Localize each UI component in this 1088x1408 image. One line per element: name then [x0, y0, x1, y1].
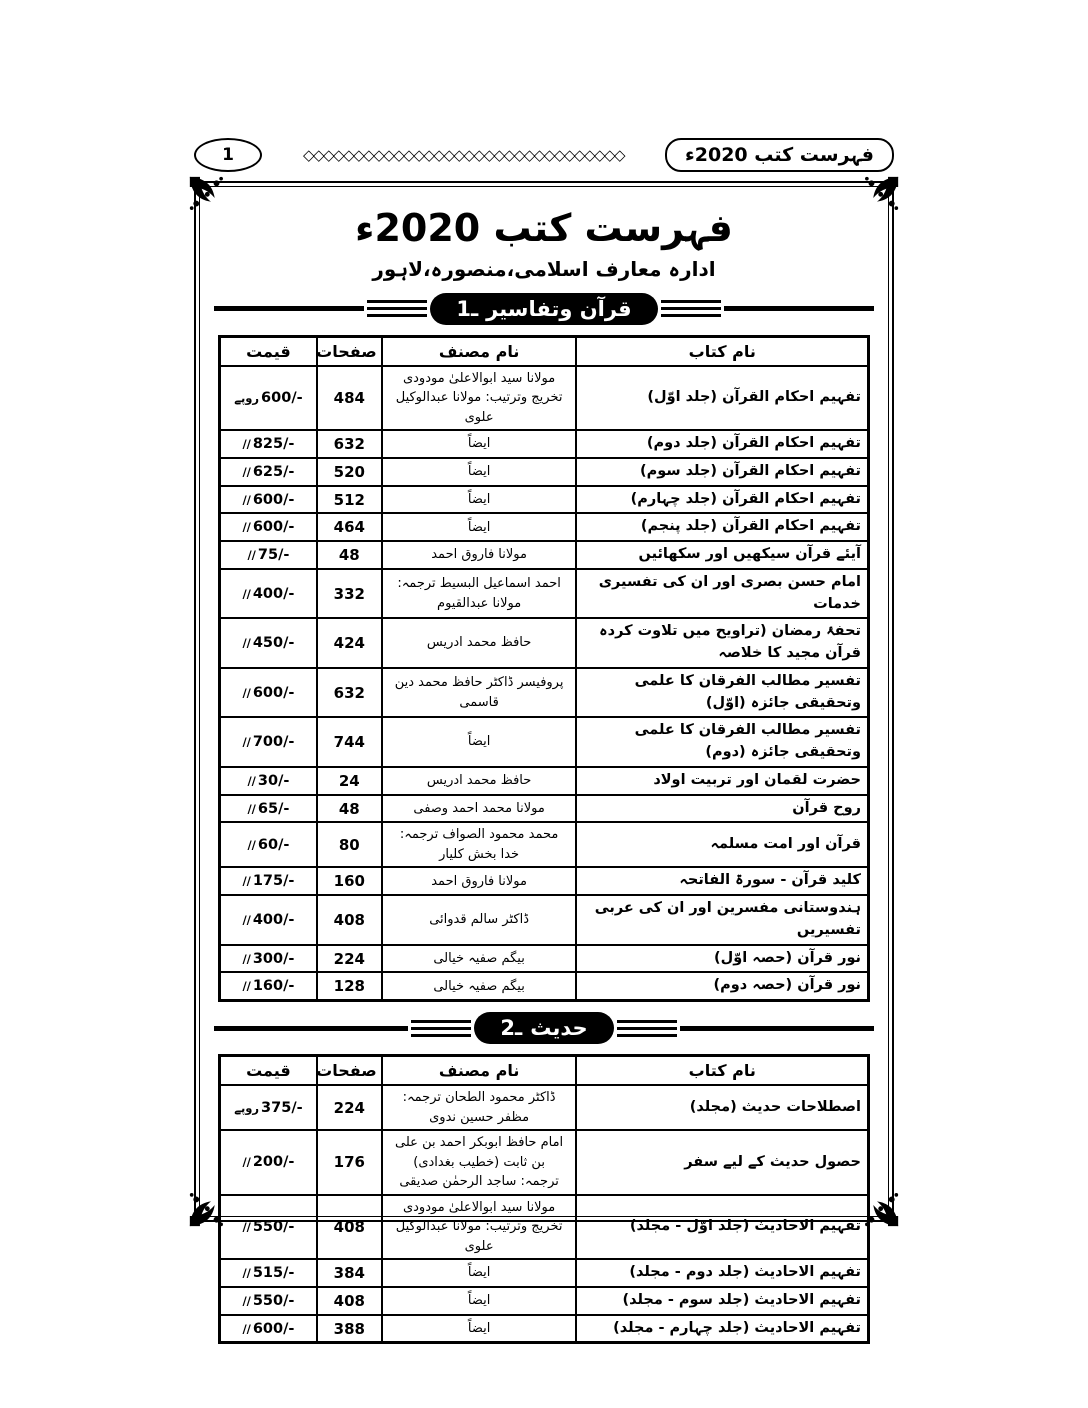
price-amount: 550/- [253, 1293, 295, 1309]
author-name: ایضاً [382, 1315, 577, 1343]
page-count: 176 [317, 1130, 382, 1195]
book-name: تفہیم الاحادیث (جلد اوّل - مجلد) [576, 1195, 868, 1260]
table-row: تفہیم الاحادیث (جلد دوم - مجلد)ایضاً384/… [220, 1259, 869, 1287]
ditto-mark: // [242, 636, 250, 650]
table-row: ہندوستانی مفسرین اور ان کی عربی تفسیریںڈ… [220, 895, 869, 945]
col-price: قیمت [220, 336, 317, 366]
table-row: تفہیم الاحادیث (جلد چہارم - مجلد)ایضاً38… [220, 1315, 869, 1343]
author-name: ڈاکٹر سالم قدوائی [382, 895, 577, 945]
ditto-mark: // [247, 774, 255, 788]
author-name: مولانا فاروق احمد [382, 867, 577, 895]
page-count: 744 [317, 717, 382, 767]
table-row: تفہیم الاحادیث (جلد اوّل - مجلد)مولانا س… [220, 1195, 869, 1260]
rule-line [724, 306, 874, 311]
diamond-chain-ornament: ◇◇◇◇◇◇◇◇◇◇◇◇◇◇◇◇◇◇◇◇◇◇◇◇◇◇◇◇◇◇◇◇ [268, 138, 659, 172]
book-name: اصطلاحات حدیث (مجلد) [576, 1085, 868, 1130]
price: //600/- [220, 486, 317, 514]
ditto-mark: // [247, 838, 255, 852]
section-title: قرآن وتفاسیر [486, 297, 631, 321]
price: //65/- [220, 795, 317, 823]
table-row: حضرت لقمان اور تربیت اولادحافظ محمد ادری… [220, 767, 869, 795]
author-name: ایضاً [382, 430, 577, 458]
price-amount: 65/- [258, 801, 290, 817]
table-row: تفہیم الاحادیث (جلد سوم - مجلد)ایضاً408/… [220, 1287, 869, 1315]
author-name: ڈاکٹر محمود الطحان ترجمہ: مظفر حسین ندوی [382, 1085, 577, 1130]
price-amount: 700/- [253, 734, 295, 750]
table-row: قرآن اور امت مسلمہمحمد محمود الصواف ترجم… [220, 822, 869, 867]
author-name: احمد اسماعیل البسیط ترجمہ: مولانا عبدالق… [382, 569, 577, 619]
book-name: تفہیم احکام القرآن (جلد پنجم) [576, 513, 868, 541]
book-name: روح قرآن [576, 795, 868, 823]
price-amount: 400/- [253, 586, 295, 602]
author-name: حافظ محمد ادریس [382, 767, 577, 795]
price-amount: 160/- [253, 978, 295, 994]
section-number: 2ـ [500, 1016, 522, 1040]
section-number: 1ـ [456, 297, 478, 321]
triple-rule [617, 1020, 677, 1037]
book-name: نور قرآن (حصہ اوّل) [576, 945, 868, 973]
running-head: 1 ◇◇◇◇◇◇◇◇◇◇◇◇◇◇◇◇◇◇◇◇◇◇◇◇◇◇◇◇◇◇◇◇ فہرست… [194, 137, 894, 173]
triple-rule [661, 300, 721, 317]
page-count: 48 [317, 795, 382, 823]
table-row: نور قرآن (حصہ دوم)بیگم صفیہ خیالی128//16… [220, 972, 869, 1000]
price-amount: 30/- [258, 773, 290, 789]
price-amount: 300/- [253, 951, 295, 967]
booklet-title-badge: فہرست کتب 2020ء [665, 138, 894, 172]
col-book: نام کتاب [576, 336, 868, 366]
price: //300/- [220, 945, 317, 973]
table-header-row: نام کتاب نام مصنف صفحات قیمت [220, 1056, 869, 1086]
table-row: تفہیم احکام القرآن (جلد پنجم)ایضاً464//6… [220, 513, 869, 541]
section-pill: 1ـ قرآن وتفاسیر [430, 293, 657, 325]
book-name: تفسیر مطالب الفرقان کا علمی وتحقیقی جائز… [576, 668, 868, 718]
price-amount: 825/- [253, 436, 295, 452]
price: //550/- [220, 1287, 317, 1315]
table-row: روح قرآنمولانا محمد احمد وصفی48//65/- [220, 795, 869, 823]
price-amount: 400/- [253, 912, 295, 928]
price-amount: 600/- [261, 390, 303, 406]
page-count: 388 [317, 1315, 382, 1343]
page-frame: فہرست کتب 2020ء ادارہ معارف اسلامی،منصور… [194, 181, 894, 1222]
page-count: 128 [317, 972, 382, 1000]
col-author: نام مصنف [382, 336, 577, 366]
author-name: مولانا سید ابوالاعلیٰ مودودیتخریج وترتیب… [382, 366, 577, 431]
price: روپے375/- [220, 1085, 317, 1130]
col-author: نام مصنف [382, 1056, 577, 1086]
ditto-mark: // [242, 1220, 250, 1234]
price: //30/- [220, 767, 317, 795]
book-name: آیئے قرآن سیکھیں اور سکھائیں [576, 541, 868, 569]
price: //550/- [220, 1195, 317, 1260]
rule-line [680, 1026, 874, 1031]
page-count: 632 [317, 430, 382, 458]
ditto-mark: // [247, 548, 255, 562]
ditto-mark: // [242, 437, 250, 451]
page-count: 24 [317, 767, 382, 795]
price-amount: 515/- [253, 1265, 295, 1281]
page-count: 424 [317, 618, 382, 668]
author-name: امام حافظ ابوبکر احمد بن علی بن ثابت (خط… [382, 1130, 577, 1195]
book-name: تفہیم احکام القرآن (جلد اوّل) [576, 366, 868, 431]
price: //700/- [220, 717, 317, 767]
rule-line [214, 1026, 408, 1031]
table-row: امام حسن بصری اور ان کی تفسیری خدماتاحمد… [220, 569, 869, 619]
table-row: تفہیم احکام القرآن (جلد اوّل)مولانا سید … [220, 366, 869, 431]
ditto-mark: // [242, 1266, 250, 1280]
page-count: 408 [317, 895, 382, 945]
ditto-mark: // [242, 520, 250, 534]
book-name: تفہیم احکام القرآن (جلد سوم) [576, 458, 868, 486]
price: //75/- [220, 541, 317, 569]
ditto-mark: // [242, 587, 250, 601]
price-amount: 75/- [258, 547, 290, 563]
page-count: 224 [317, 945, 382, 973]
author-name: ایضاً [382, 717, 577, 767]
page-title: فہرست کتب 2020ء [212, 207, 876, 251]
price: //825/- [220, 430, 317, 458]
page-count: 160 [317, 867, 382, 895]
table-row: نور قرآن (حصہ اوّل)بیگم صفیہ خیالی224//3… [220, 945, 869, 973]
book-name: تفہیم احکام القرآن (جلد دوم) [576, 430, 868, 458]
book-name: نور قرآن (حصہ دوم) [576, 972, 868, 1000]
ditto-mark: // [242, 686, 250, 700]
table-row: اصطلاحات حدیث (مجلد)ڈاکٹر محمود الطحان ت… [220, 1085, 869, 1130]
col-book: نام کتاب [576, 1056, 868, 1086]
page-count: 384 [317, 1259, 382, 1287]
ditto-mark: // [242, 1155, 250, 1169]
book-name: تحفۂ رمضان (تراویح میں تلاوت کردہ قرآن م… [576, 618, 868, 668]
page-number-badge: 1 [194, 138, 262, 172]
section-pill: 2ـ حدیث [474, 1012, 613, 1044]
book-name: تفہیم احکام القرآن (جلد چہارم) [576, 486, 868, 514]
section-title: حدیث [530, 1016, 587, 1040]
price-amount: 375/- [261, 1100, 303, 1116]
author-name: ایضاً [382, 1287, 577, 1315]
price: //600/- [220, 1315, 317, 1343]
ditto-mark: // [242, 952, 250, 966]
price-amount: 450/- [253, 635, 295, 651]
author-name: ایضاً [382, 458, 577, 486]
table-row: تفسیر مطالب الفرقان کا علمی وتحقیقی جائز… [220, 717, 869, 767]
author-name: مولانا فاروق احمد [382, 541, 577, 569]
table-row: آیئے قرآن سیکھیں اور سکھائیںمولانا فاروق… [220, 541, 869, 569]
ditto-mark: // [242, 493, 250, 507]
page-count: 332 [317, 569, 382, 619]
page-count: 224 [317, 1085, 382, 1130]
price: //600/- [220, 668, 317, 718]
price: //600/- [220, 513, 317, 541]
price: //625/- [220, 458, 317, 486]
price-amount: 625/- [253, 464, 295, 480]
table-row: تفہیم احکام القرآن (جلد سوم)ایضاً520//62… [220, 458, 869, 486]
section-heading-1: 1ـ قرآن وتفاسیر [214, 293, 874, 325]
table-row: کلید قرآن - سورۃ الفاتحہمولانا فاروق احم… [220, 867, 869, 895]
book-name: حضرت لقمان اور تربیت اولاد [576, 767, 868, 795]
triple-rule [411, 1020, 471, 1037]
author-name: حافظ محمد ادریس [382, 618, 577, 668]
price-amount: 600/- [253, 519, 295, 535]
price-amount: 200/- [253, 1154, 295, 1170]
price-amount: 60/- [258, 837, 290, 853]
triple-rule [367, 300, 427, 317]
book-name: تفہیم الاحادیث (جلد دوم - مجلد) [576, 1259, 868, 1287]
book-name: حصول حدیث کے لیے سفر [576, 1130, 868, 1195]
ditto-mark: // [242, 465, 250, 479]
page-content: فہرست کتب 2020ء ادارہ معارف اسلامی،منصور… [199, 186, 889, 1217]
ditto-mark: // [242, 1322, 250, 1336]
ditto-mark: // [242, 979, 250, 993]
page-count: 632 [317, 668, 382, 718]
page-count: 80 [317, 822, 382, 867]
page-count: 408 [317, 1287, 382, 1315]
ditto-mark: // [247, 802, 255, 816]
page-count: 464 [317, 513, 382, 541]
book-name: تفہیم الاحادیث (جلد سوم - مجلد) [576, 1287, 868, 1315]
ditto-mark: // [242, 735, 250, 749]
price-amount: 600/- [253, 492, 295, 508]
page-count: 512 [317, 486, 382, 514]
ditto-mark: // [242, 874, 250, 888]
col-pages: صفحات [317, 336, 382, 366]
currency-unit: روپے [234, 391, 259, 405]
catalog-table-quran: نام کتاب نام مصنف صفحات قیمت تفہیم احکام… [218, 335, 870, 1003]
book-name: تفسیر مطالب الفرقان کا علمی وتحقیقی جائز… [576, 717, 868, 767]
catalog-table-hadith: نام کتاب نام مصنف صفحات قیمت اصطلاحات حد… [218, 1054, 870, 1344]
price: //60/- [220, 822, 317, 867]
currency-unit: روپے [234, 1101, 259, 1115]
book-name: امام حسن بصری اور ان کی تفسیری خدمات [576, 569, 868, 619]
author-name: مولانا سید ابوالاعلیٰ مودودیتخریج وترتیب… [382, 1195, 577, 1260]
author-name: پروفیسر ڈاکٹر حافظ محمد دین قاسمی [382, 668, 577, 718]
author-name: محمد محمود الصواف ترجمہ: خدا بخش کلیار [382, 822, 577, 867]
table-row: تحفۂ رمضان (تراویح میں تلاوت کردہ قرآن م… [220, 618, 869, 668]
table-row: تفہیم احکام القرآن (جلد چہارم)ایضاً512//… [220, 486, 869, 514]
price-amount: 600/- [253, 1321, 295, 1337]
price: //175/- [220, 867, 317, 895]
book-name: قرآن اور امت مسلمہ [576, 822, 868, 867]
author-name: بیگم صفیہ خیالی [382, 945, 577, 973]
author-name: ایضاً [382, 1259, 577, 1287]
page-subtitle: ادارہ معارف اسلامی،منصورہ،لاہور [212, 257, 876, 281]
book-name: کلید قرآن - سورۃ الفاتحہ [576, 867, 868, 895]
price: //160/- [220, 972, 317, 1000]
book-name: ہندوستانی مفسرین اور ان کی عربی تفسیریں [576, 895, 868, 945]
ditto-mark: // [242, 1294, 250, 1308]
price: //200/- [220, 1130, 317, 1195]
table-header-row: نام کتاب نام مصنف صفحات قیمت [220, 336, 869, 366]
price: //400/- [220, 569, 317, 619]
author-name: بیگم صفیہ خیالی [382, 972, 577, 1000]
rule-line [214, 306, 364, 311]
page-count: 484 [317, 366, 382, 431]
booklet-title: فہرست کتب 2020ء [685, 144, 874, 166]
table-row: تفہیم احکام القرآن (جلد دوم)ایضاً632//82… [220, 430, 869, 458]
price-amount: 175/- [253, 873, 295, 889]
page-number: 1 [222, 145, 234, 165]
price: //515/- [220, 1259, 317, 1287]
book-name: تفہیم الاحادیث (جلد چہارم - مجلد) [576, 1315, 868, 1343]
col-price: قیمت [220, 1056, 317, 1086]
page-count: 520 [317, 458, 382, 486]
ditto-mark: // [242, 913, 250, 927]
author-name: مولانا محمد احمد وصفی [382, 795, 577, 823]
section-heading-2: 2ـ حدیث [214, 1012, 874, 1044]
col-pages: صفحات [317, 1056, 382, 1086]
page-count: 48 [317, 541, 382, 569]
price: روپے600/- [220, 366, 317, 431]
price: //400/- [220, 895, 317, 945]
table-row: تفسیر مطالب الفرقان کا علمی وتحقیقی جائز… [220, 668, 869, 718]
price: //450/- [220, 618, 317, 668]
author-name: ایضاً [382, 513, 577, 541]
page-count: 408 [317, 1195, 382, 1260]
author-name: ایضاً [382, 486, 577, 514]
price-amount: 600/- [253, 685, 295, 701]
price-amount: 550/- [253, 1219, 295, 1235]
table-row: حصول حدیث کے لیے سفرامام حافظ ابوبکر احم… [220, 1130, 869, 1195]
